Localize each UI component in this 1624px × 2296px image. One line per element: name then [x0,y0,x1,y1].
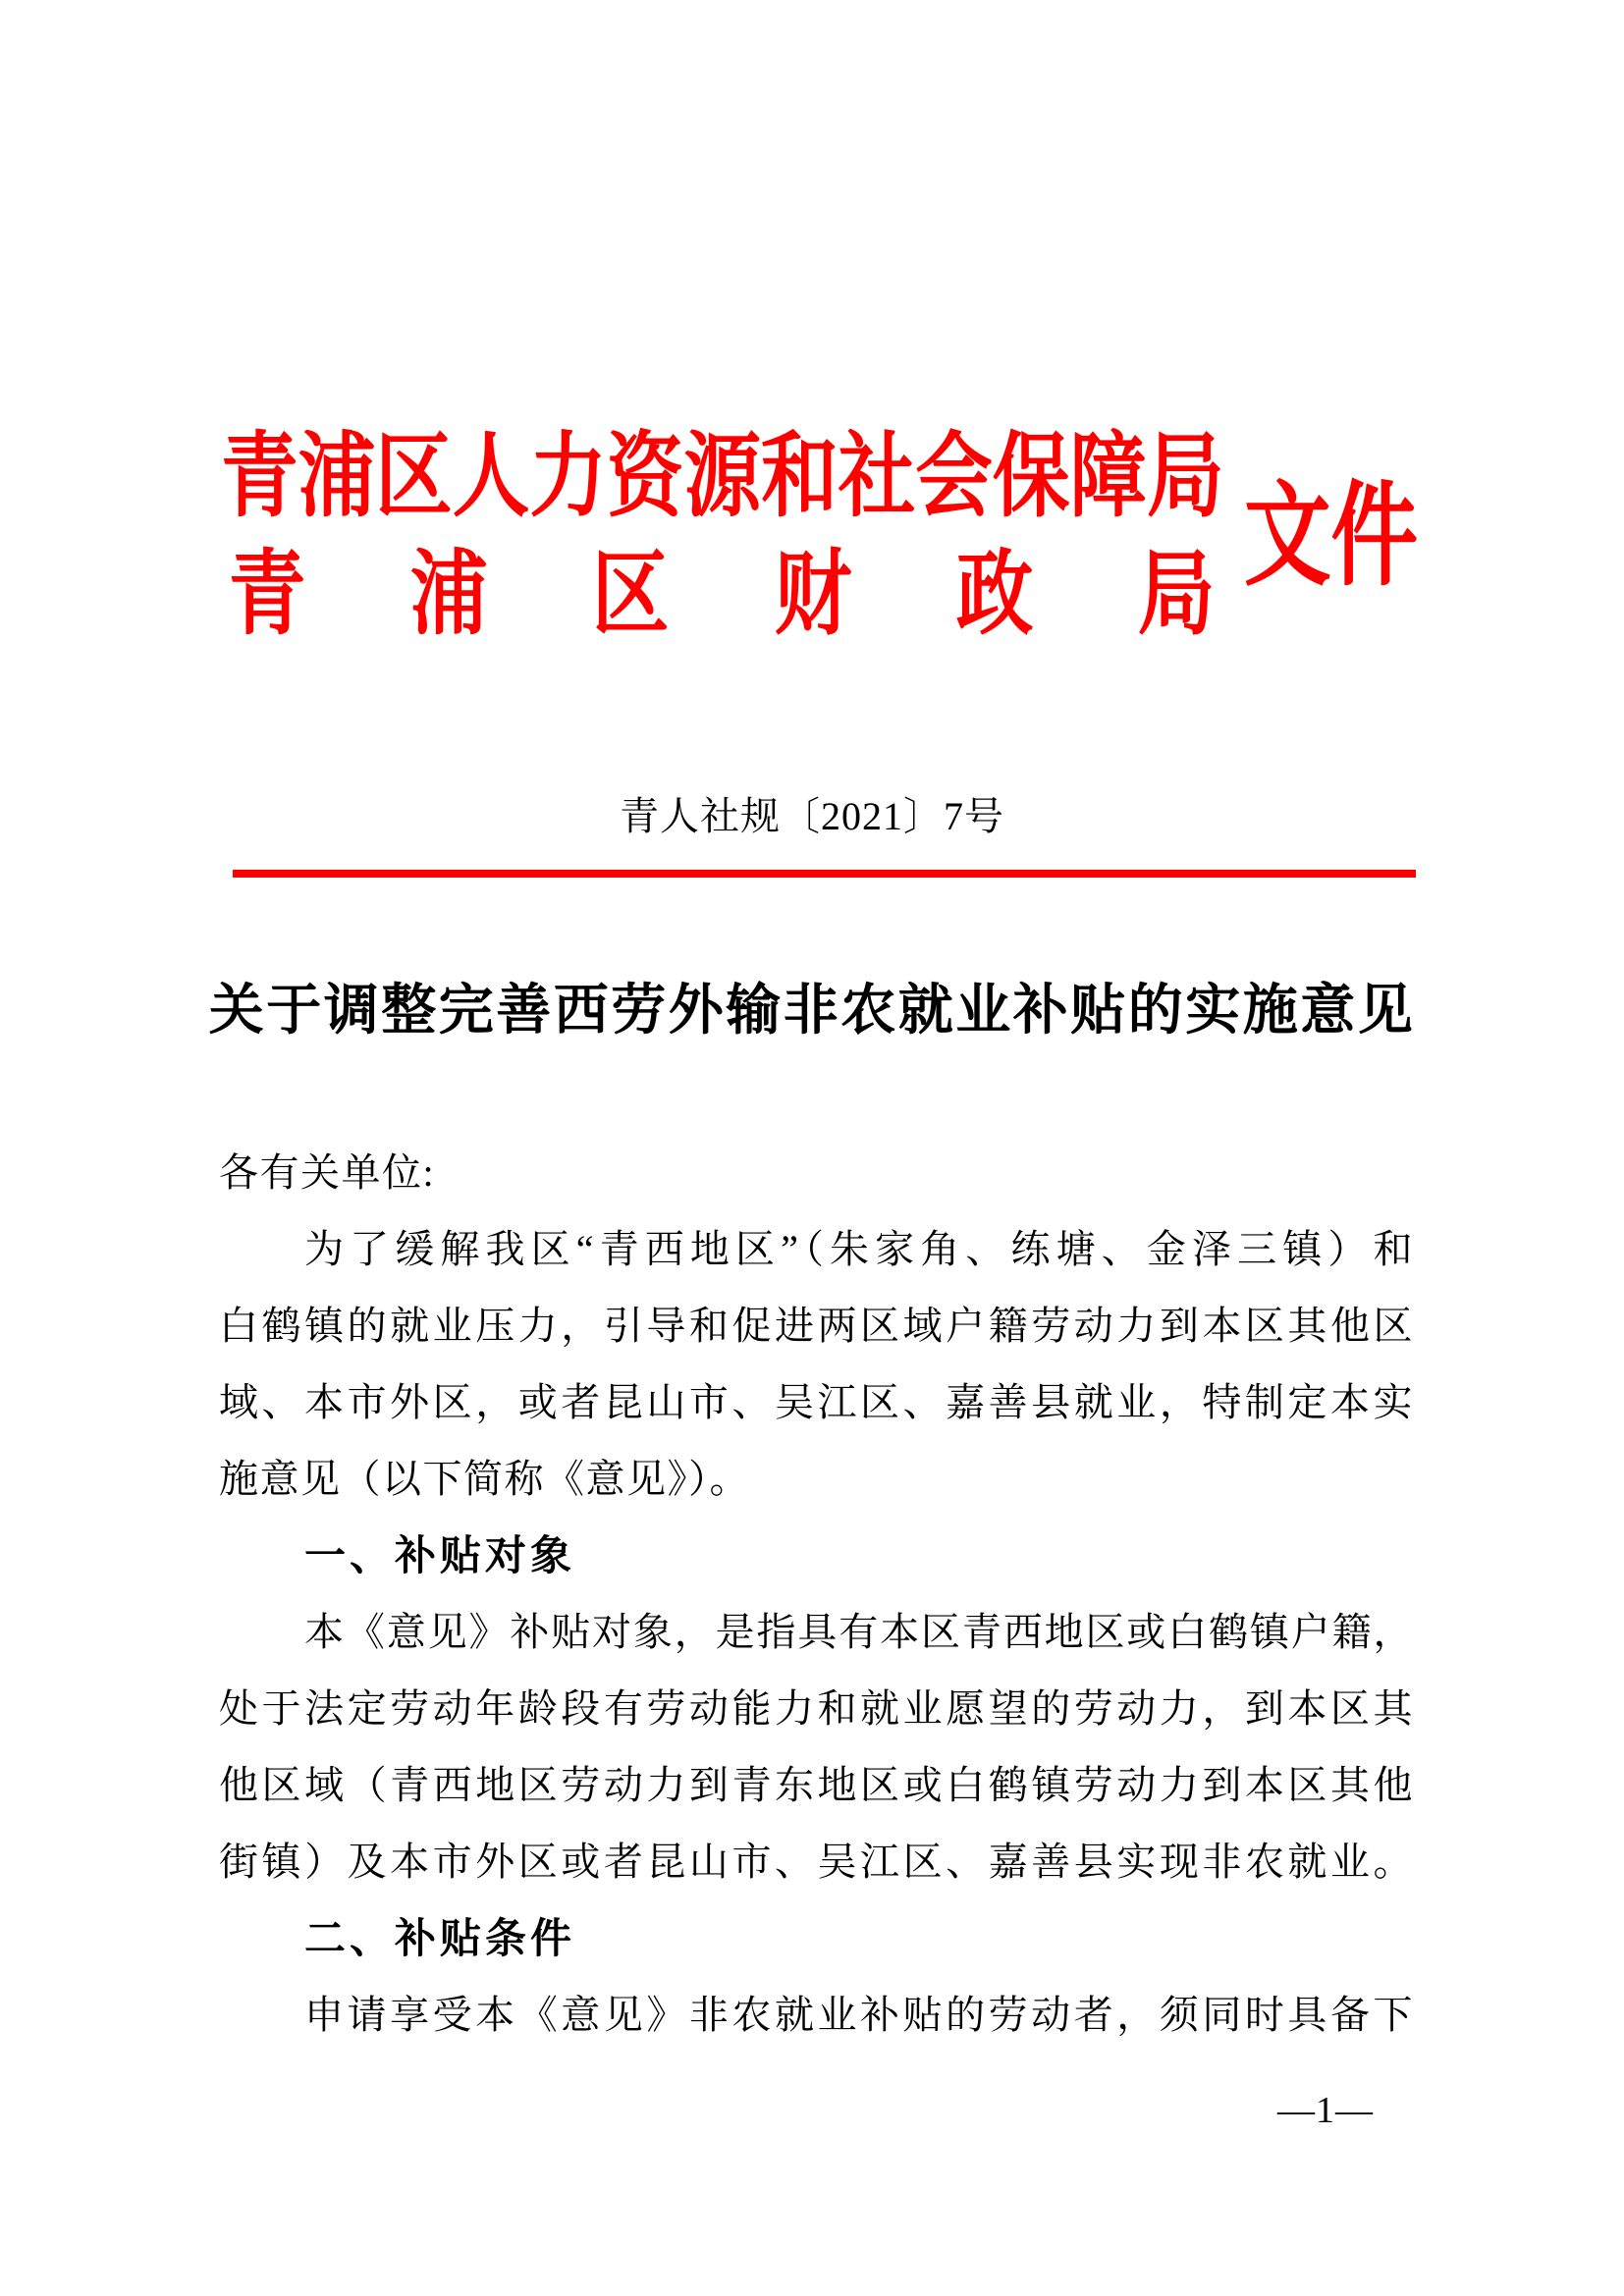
body-line: 域、本市外区，或者昆山市、吴江区、嘉善县就业，特制定本实 [219,1364,1414,1441]
document-title: 关于调整完善西劳外输非农就业补贴的实施意见 [0,981,1624,1041]
body-line: 街镇）及本市外区或者昆山市、吴江区、嘉善县实现非农就业。 [219,1824,1414,1900]
document-page: 青浦区人力资源和社会保障局 青浦区财政局 文件 青人社规〔2021〕7号 关于调… [0,0,1624,2296]
issuer-names: 青浦区人力资源和社会保障局 青浦区财政局 [221,430,1222,643]
section-heading: 二、补贴条件 [219,1900,1414,1977]
body-line: 为了缓解我区“青西地区”（朱家角、练塘、金泽三镇）和 [219,1211,1414,1288]
body-line: 他区域（青西地区劳动力到青东地区或白鹤镇劳动力到本区其他 [219,1747,1414,1824]
body-line: 施意见（以下简称《意见》）。 [219,1441,1414,1518]
issuer-line-2: 青浦区财政局 [221,548,1222,643]
letterhead: 青浦区人力资源和社会保障局 青浦区财政局 文件 [221,430,1418,643]
issuer-line-1: 青浦区人力资源和社会保障局 [221,430,1058,524]
doc-type-label: 文件 [1244,479,1418,595]
body-line: 白鹤镇的就业压力，引导和促进两区域户籍劳动力到本区其他区 [219,1288,1414,1364]
body-line: 本《意见》补贴对象，是指具有本区青西地区或白鹤镇户籍， [219,1594,1414,1671]
body-line: 处于法定劳动年龄段有劳动能力和就业愿望的劳动力，到本区其 [219,1671,1414,1747]
section-heading: 一、补贴对象 [219,1518,1414,1594]
red-separator-rule [233,870,1416,878]
body-line: 申请享受本《意见》非农就业补贴的劳动者，须同时具备下 [219,1977,1414,2054]
page-number: —1— [1277,2091,1374,2130]
document-number: 青人社规〔2021〕7号 [0,797,1624,836]
salutation-line: 各有关单位: [219,1135,1414,1211]
document-body: 各有关单位: 为了缓解我区“青西地区”（朱家角、练塘、金泽三镇）和 白鹤镇的就业… [219,1135,1414,2054]
